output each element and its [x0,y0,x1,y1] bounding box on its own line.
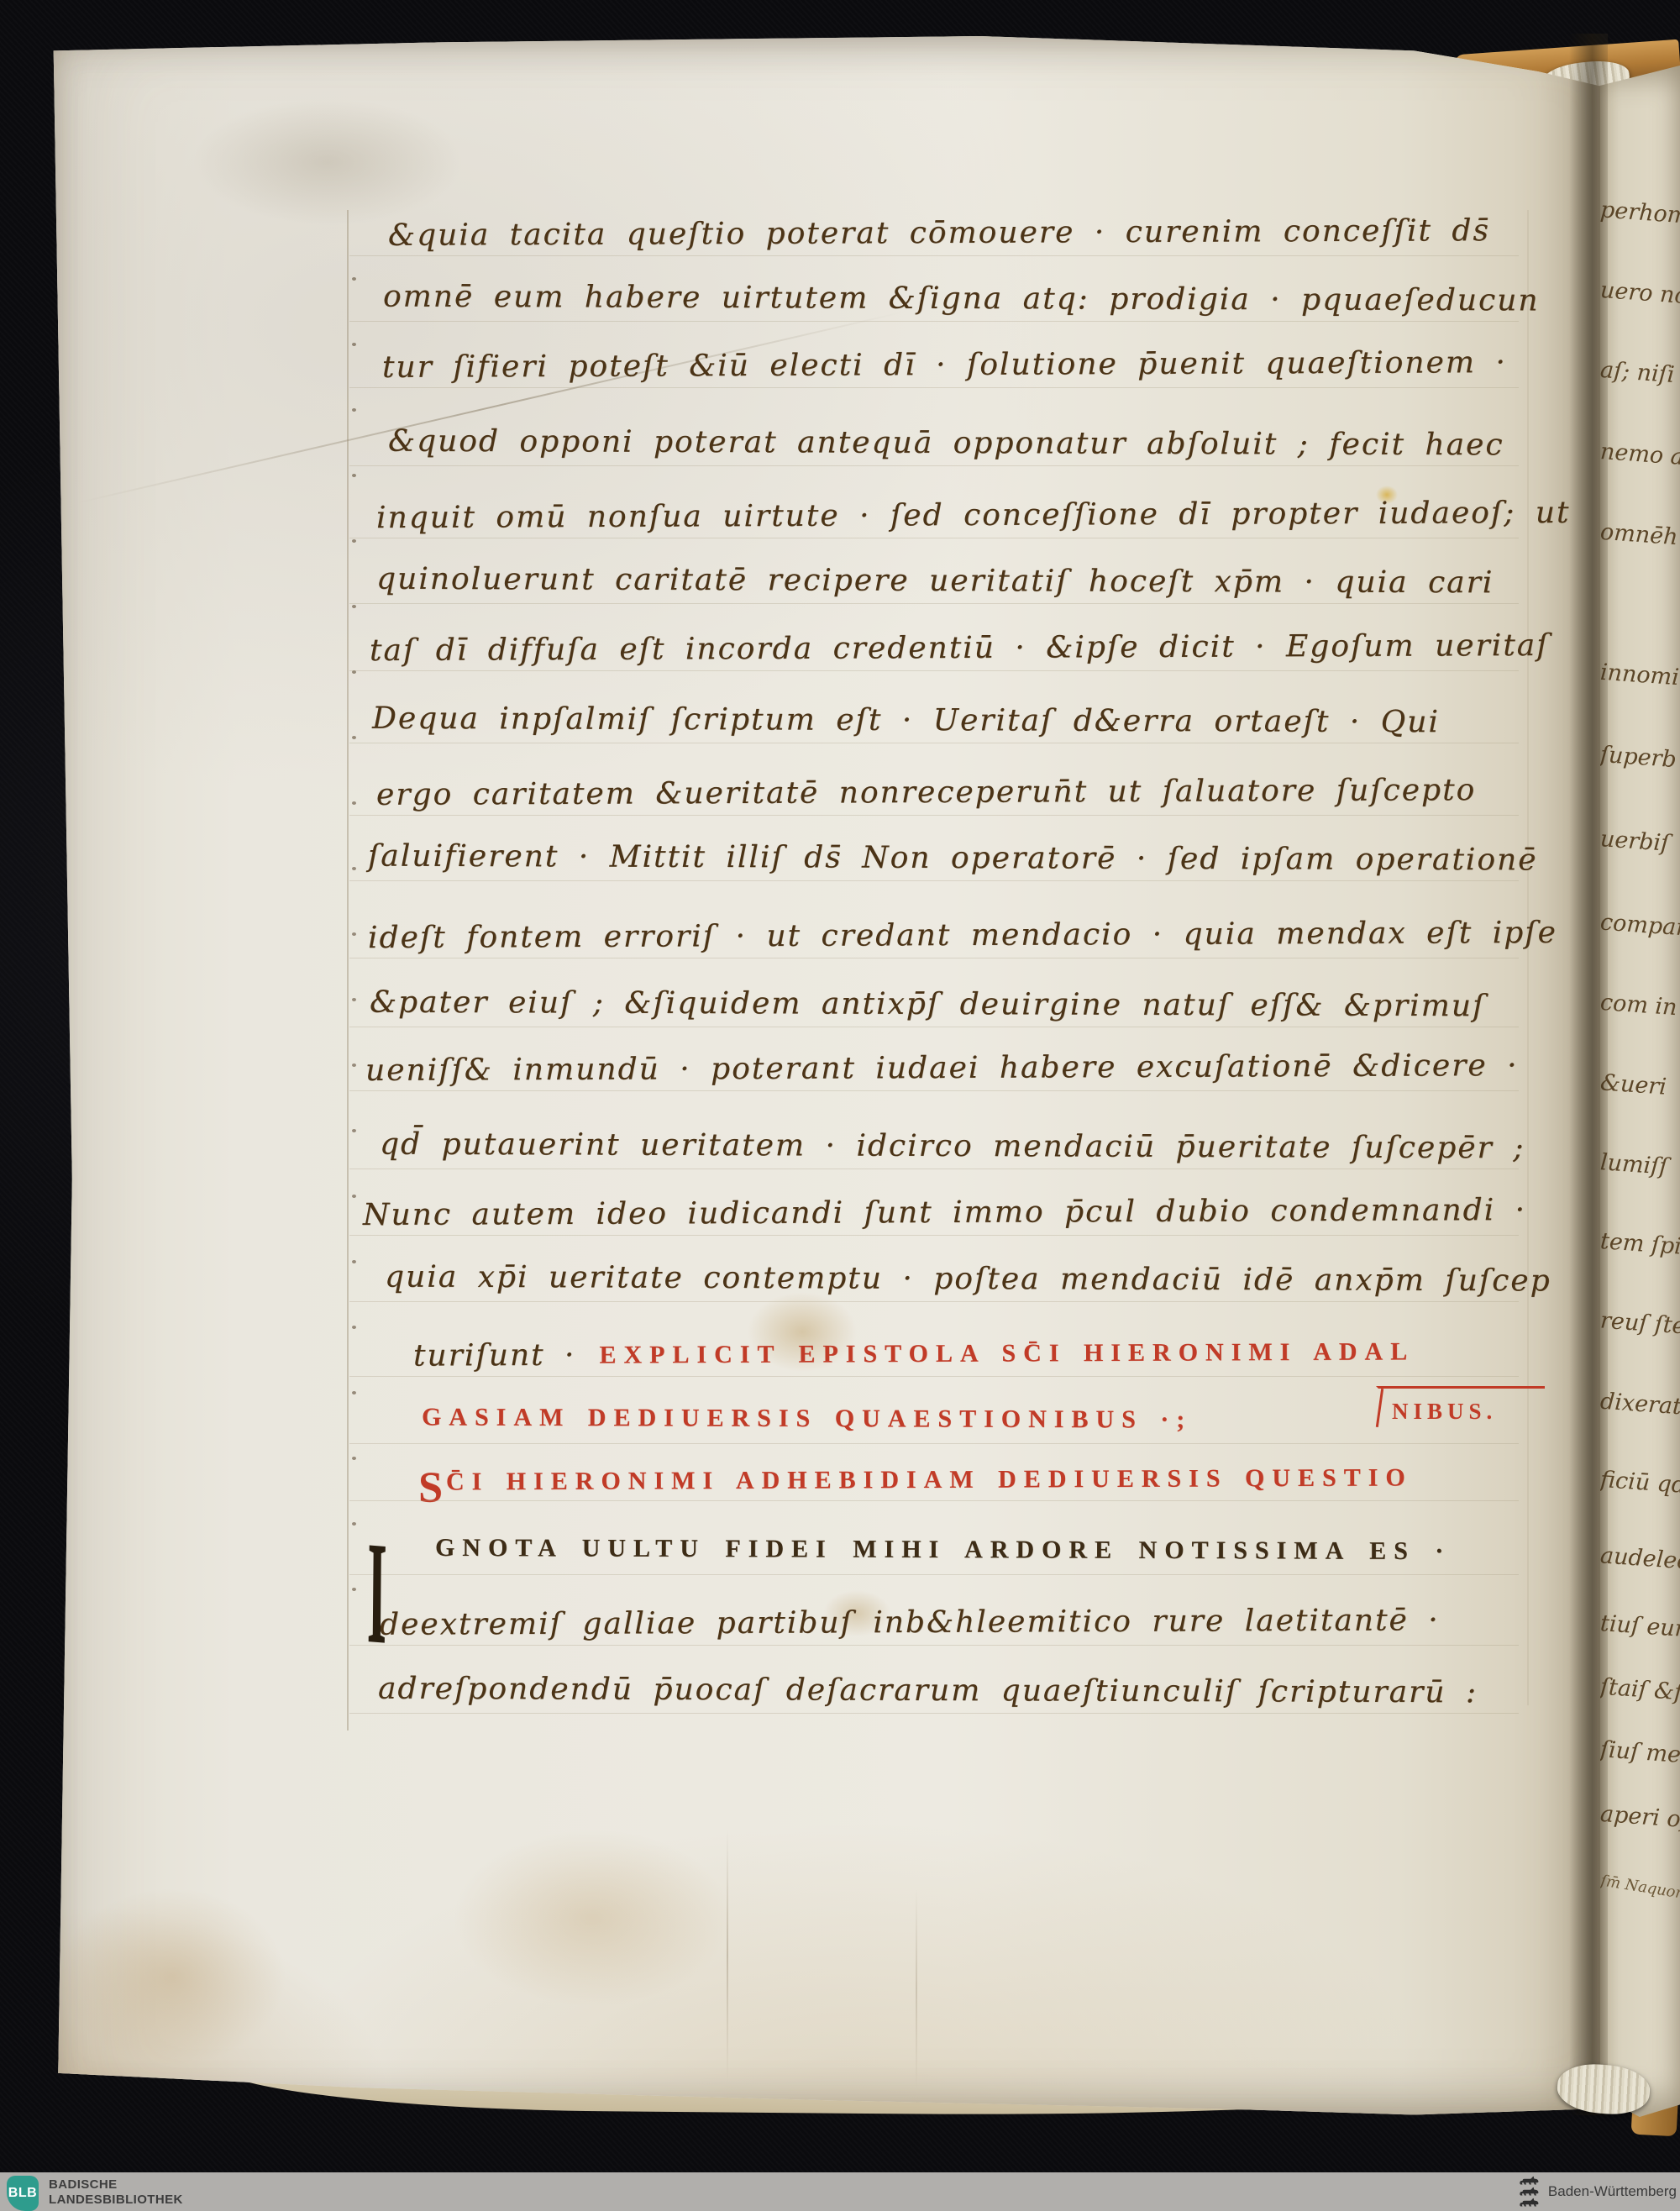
ink-text: quinoluerunt caritatē recipere ueritatiſ… [376,562,1494,601]
facing-page-fragment: tiuſ eum [1599,1612,1680,1641]
library-name-line2: LANDESBIBLIOTHEK [49,2193,183,2208]
manuscript-line-12: &pater eiuſ ; &ſiquidem antixp̄ſ deuirgi… [370,986,1485,1023]
ink-text: ueniſſ& inmundū · poterant iudaei habere… [365,1048,1519,1088]
prick-mark [352,277,356,281]
manuscript-line-20: GNOTA UULTU FIDEI MIHI ARDORE NOTISSIMA … [435,1534,1451,1565]
facing-page-fragment: tem ſpin [1599,1230,1680,1259]
ruling-line [349,538,1519,538]
prick-mark [352,1522,356,1526]
parchment-crease [727,1830,728,2082]
ink-text: qd̄ putauerint ueritatem · idcirco menda… [380,1127,1525,1166]
manuscript-line-9: ergo caritatem &ueritatē nonreceperun̄t … [376,774,1476,811]
ink-text: adreſpondendū p̄uocaſ deſacrarum quaeſti… [378,1672,1478,1710]
ruling-line [349,1169,1519,1169]
ruling-line [349,1645,1519,1646]
ink-text: ideſt fontem erroriſ · ut credant mendac… [368,916,1557,955]
ruling-line [349,1301,1519,1302]
library-name-line1: BADISCHE [49,2177,183,2193]
ruling-line [349,1090,1519,1091]
facing-page-fragment: ſtaiſ &ſ [1599,1676,1680,1704]
bracket-tick [1376,1389,1383,1427]
facing-page-fragment: uero nor [1599,279,1680,308]
facing-page-fragment: com in [1599,991,1677,1019]
ruling-line [349,880,1519,881]
ruling-line [349,1574,1519,1575]
bw-lion-icon [1518,2176,1540,2186]
ruling-line [349,1500,1519,1501]
ink-text: tur ſifieri poteſt &iū electi dī · ſolut… [382,345,1507,385]
ink-text: ergo caritatem &ueritatē nonreceperun̄t … [376,773,1476,812]
blb-logo: BLB [7,2176,39,2211]
manuscript-line-5: inquit omū nonſua uirtute · ſed conceſſi… [376,496,1571,535]
manuscript-line-22: adreſpondendū p̄uocaſ deſacrarum quaeſti… [378,1673,1478,1709]
ink-text: omnē eum habere uirtutem &ſigna atq: pro… [383,280,1540,318]
prick-mark [352,1457,356,1460]
manuscript-line-19: SC̄I HIERONIMI ADHEBIDIAM DEDIUERSIS QUE… [418,1459,1413,1511]
ruling-line [349,321,1519,322]
library-name: BADISCHE LANDESBIBLIOTHEK [49,2177,183,2208]
facing-page-fragment: ſuperb [1599,743,1677,771]
facing-page-fragment: perhom [1599,198,1680,227]
ruling-line [349,1443,1519,1444]
facing-page-fragment: innomi [1599,661,1680,689]
ruling-line [349,958,1519,958]
prick-mark [352,539,356,543]
facing-page-fragment: dixerat [1599,1390,1680,1419]
facing-page-fragment: aſ; niſi [1599,359,1675,386]
manuscript-line-10: ſaluifierent · Mittit illiſ ds̄ Non oper… [368,840,1538,877]
parchment-crease [76,312,903,504]
ruling-line [349,387,1519,388]
region-label: Baden-Württemberg [1548,2183,1677,2200]
facing-page-fragment: uerbiſ [1599,827,1670,855]
ink-text: taſ dī diffuſa eſt incorda credentiū · &… [370,628,1550,668]
ruling-line [349,1027,1519,1027]
manuscript-line-1: &quia tacita queſtio poterat cōmouere · … [388,214,1490,252]
ink-text: GNOTA UULTU FIDEI MIHI ARDORE NOTISSIMA … [435,1534,1451,1565]
prick-mark [352,1195,356,1198]
ruling-line [349,255,1519,256]
manuscript-line-18: GASIAM DEDIUERSIS QUAESTIONIBUS ·; [422,1403,1192,1433]
ruling-vertical-line [1527,210,1529,1705]
ruling-line [349,1713,1519,1714]
footer-bar: BLB BADISCHE LANDESBIBLIOTHEK Baden-Würt… [0,2172,1680,2211]
prick-mark [352,736,356,739]
ink-text: inquit omū nonſua uirtute · ſed conceſſi… [376,496,1571,535]
prick-mark [352,1063,356,1067]
gutter-shadow [1569,34,1608,2115]
ruling-line [349,815,1519,816]
parchment-crease [916,1888,917,2090]
manuscript-line-13: ueniſſ& inmundū · poterant iudaei habere… [365,1049,1519,1088]
prick-mark [352,1391,356,1394]
rubric-text: S [418,1463,446,1511]
ruling-line [349,1235,1519,1236]
ink-text: turiſunt · [413,1338,576,1373]
prick-mark [352,932,356,936]
facing-page-fragment: reuſ ſte [1599,1309,1680,1337]
parchment-stain [454,1830,731,2006]
ink-text: deextremiſ galliae partibuſ inb&hleemiti… [380,1603,1440,1642]
facing-page-fragment: audelec [1599,1544,1680,1573]
prick-mark [352,1326,356,1329]
facing-page-fragment: aperi oſt [1599,1803,1680,1832]
manuscript-line-14: qd̄ putauerint ueritatem · idcirco menda… [380,1128,1525,1165]
ink-text: ſaluifierent · Mittit illiſ ds̄ Non oper… [368,839,1538,878]
prick-mark [352,408,356,412]
rubric-correction-bracket: NIBUS. [1376,1386,1545,1431]
manuscript-line-11: ideſt fontem erroriſ · ut credant mendac… [368,916,1557,955]
facing-page-fragment: lumiſſ [1599,1151,1668,1179]
ink-text: Nunc autem ideo iudicandi ſunt immo p̄cu… [363,1193,1526,1232]
rubric-correction-text: NIBUS. [1392,1399,1497,1425]
manuscript-line-15: Nunc autem ideo iudicandi ſunt immo p̄cu… [363,1194,1526,1232]
parchment-stain [59,1888,286,2065]
prick-mark [352,474,356,477]
manuscript-line-4: &quod opponi poterat antequā opponatur a… [388,425,1504,462]
parchment-stain [193,99,462,225]
ink-text: Dequa inpſalmiſ ſcriptum eſt · Ueritaſ d… [372,701,1440,739]
ink-text: &pater eiuſ ; &ſiquidem antixp̄ſ deuirgi… [370,985,1485,1024]
ink-text: quia xp̄i ueritate contemptu · poſtea me… [385,1260,1551,1299]
ruling-line [349,1376,1519,1377]
manuscript-line-3: tur ſifieri poteſt &iū electi dī · ſolut… [382,346,1507,384]
ruling-line [349,465,1519,466]
bw-lion-icon [1518,2187,1540,2197]
blb-logo-text: BLB [8,2186,37,2201]
ruling-line [349,603,1519,604]
manuscript-line-2: omnē eum habere uirtutem &ſigna atq: pro… [383,281,1540,318]
prick-mark [352,1588,356,1591]
ruling-line [349,743,1519,743]
bw-lion-icon [1518,2198,1540,2208]
prick-mark [352,867,356,870]
facing-page-fragment: nemo ac [1599,440,1680,470]
facing-page-fragment: ſm̄ Naquor [1599,1873,1680,1901]
facing-page-fragment: compar [1599,911,1680,939]
ink-text: &quod opponi poterat antequā opponatur a… [388,424,1504,463]
rubric-text: C̄I HIERONIMI ADHEBIDIAM DEDIUERSIS QUES… [446,1463,1413,1495]
initial-letter-I: I [366,1519,385,1672]
manuscript-line-7: taſ dī diffuſa eſt incorda credentiū · &… [370,629,1550,668]
manuscript-line-16: quia xp̄i ueritate contemptu · poſtea me… [385,1261,1551,1298]
prick-mark [352,343,356,346]
facing-page-fragment: ficiū qd̄a [1599,1468,1680,1498]
manuscript-line-17: turiſunt ·EXPLICIT EPISTOLA SC̄I HIERONI… [413,1335,1415,1373]
prick-mark [352,998,356,1001]
ink-text: &quia tacita queſtio poterat cōmouere · … [388,213,1490,253]
prick-mark [352,1129,356,1132]
prick-mark [352,605,356,608]
manuscript-line-6: quinoluerunt caritatē recipere ueritatiſ… [376,563,1494,600]
prick-mark [352,1260,356,1263]
baden-wuerttemberg-logo: Baden-Württemberg [1518,2172,1677,2211]
manuscript-line-8: Dequa inpſalmiſ ſcriptum eſt · Ueritaſ d… [372,702,1440,739]
rubric-text: GASIAM DEDIUERSIS QUAESTIONIBUS ·; [422,1403,1192,1433]
ruling-vertical-line [347,210,349,1730]
bw-lions-icon [1518,2176,1540,2208]
digitized-manuscript-viewer: perhomuero noraſ; niſinemo acomnēhinnomi… [0,0,1680,2211]
prick-mark [352,801,356,805]
ruling-line [349,670,1519,671]
facing-page-fragment: omnēh [1599,521,1678,549]
facing-page-fragment: ſiuſ mer [1599,1738,1680,1767]
manuscript-line-21: deextremiſ galliae partibuſ inb&hleemiti… [380,1604,1440,1641]
facing-page-fragment: &ueri [1599,1071,1667,1098]
rubric-text: EXPLICIT EPISTOLA SC̄I HIERONIMI ADAL [599,1337,1415,1368]
